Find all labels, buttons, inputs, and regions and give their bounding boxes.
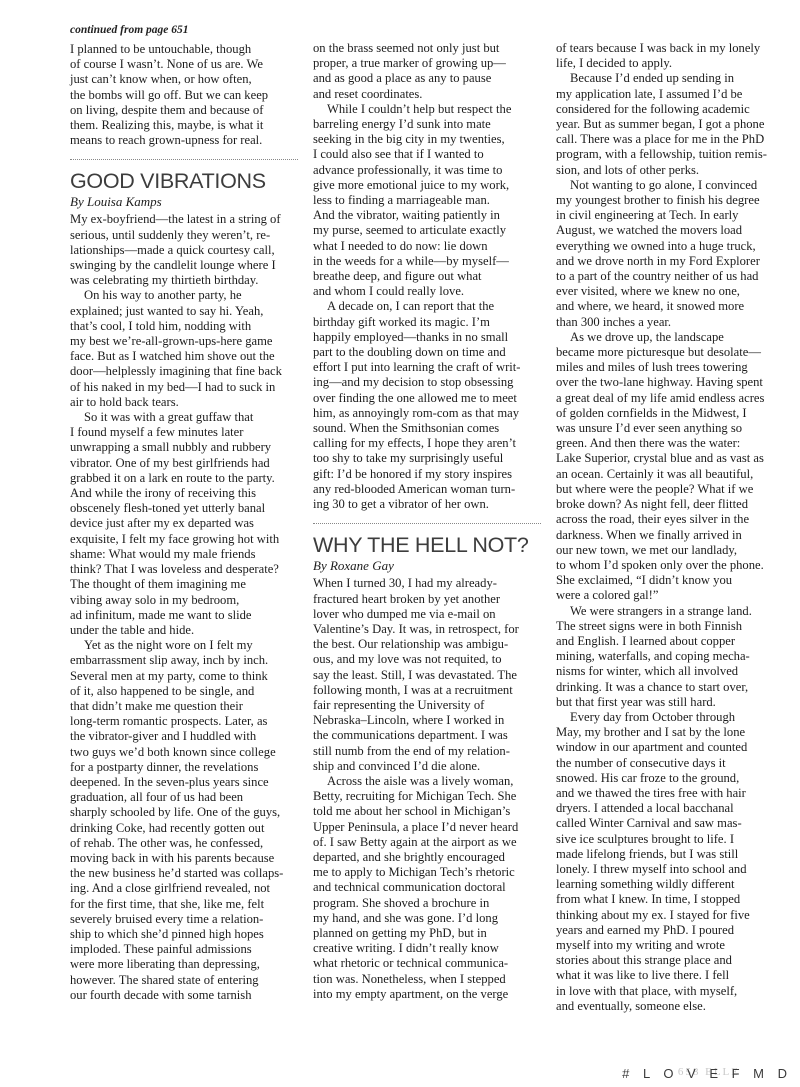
column-3: of tears because I was back in my lonely…	[556, 24, 784, 1014]
body-paragraph: Not wanting to go alone, I convinced my …	[556, 178, 784, 330]
byline: By Roxane Gay	[313, 558, 541, 573]
continued-note: continued from page 651	[70, 24, 298, 37]
body-paragraph: Because I’d ended up sending in my appli…	[556, 71, 784, 177]
body-paragraph: of tears because I was back in my lonely…	[556, 41, 784, 71]
body-paragraph: We were strangers in a strange land. The…	[556, 604, 784, 710]
body-paragraph: When I turned 30, I had my already- frac…	[313, 576, 541, 774]
body-paragraph: My ex-boyfriend—the latest in a string o…	[70, 212, 298, 288]
body-paragraph: As we drove up, the landscape became mor…	[556, 330, 784, 604]
byline: By Louisa Kamps	[70, 194, 298, 209]
body-paragraph: on the brass seemed not only just but pr…	[313, 41, 541, 102]
body-paragraph: Every day from October through May, my b…	[556, 710, 784, 1014]
article-columns: continued from page 651I planned to be u…	[70, 24, 784, 1014]
section-divider	[70, 159, 298, 160]
body-paragraph: Yet as the night wore on I felt my embar…	[70, 638, 298, 1003]
body-paragraph: A decade on, I can report that the birth…	[313, 299, 541, 512]
body-paragraph: Across the aisle was a lively woman, Bet…	[313, 774, 541, 1002]
section-divider	[313, 523, 541, 524]
body-paragraph: While I couldn’t help but respect the ba…	[313, 102, 541, 300]
column-1: continued from page 651I planned to be u…	[70, 24, 298, 1014]
body-paragraph: I planned to be untouchable, though of c…	[70, 42, 298, 148]
section-heading: WHY THE HELL NOT?	[313, 533, 541, 557]
body-paragraph: On his way to another party, he explaine…	[70, 288, 298, 410]
body-paragraph: So it was with a great guffaw that I fou…	[70, 410, 298, 638]
column-2: on the brass seemed not only just but pr…	[313, 24, 541, 1014]
hashtag-watermark: # L O V E F M D	[622, 1066, 792, 1081]
section-heading: GOOD VIBRATIONS	[70, 169, 298, 193]
magazine-page: continued from page 651I planned to be u…	[0, 0, 800, 1087]
